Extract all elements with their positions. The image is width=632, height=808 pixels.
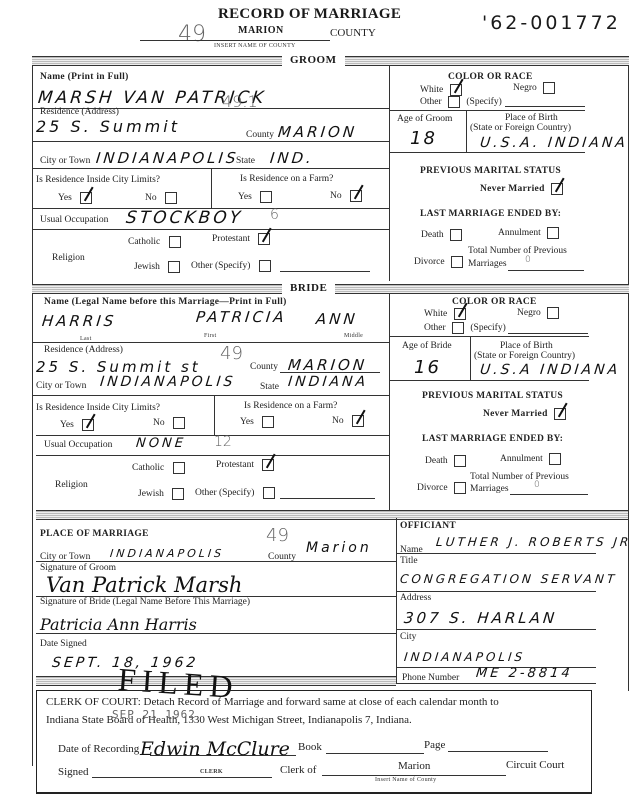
place-county-value[interactable]: Marion <box>306 540 372 556</box>
place-band <box>36 510 628 520</box>
place-divider <box>396 518 397 683</box>
date-signed-label: Date Signed <box>40 639 87 649</box>
officiant-phone-value[interactable]: ME 2-8814 <box>475 666 573 681</box>
clerk-of-label: Clerk of <box>280 764 316 776</box>
bride-farm-no-checkbox[interactable] <box>352 415 364 427</box>
bride-never-married-checkbox[interactable] <box>554 408 566 420</box>
bride-birthplace-label: Place of Birth <box>500 341 553 351</box>
officiant-city-value[interactable]: INDIANAPOLIS <box>403 650 526 664</box>
groom-death[interactable]: Death <box>421 229 462 241</box>
bride-death-checkbox[interactable] <box>454 455 466 467</box>
clerk-signature[interactable]: Edwin McClure <box>140 738 290 760</box>
book-label: Book <box>298 741 322 753</box>
groom-religion-protestant[interactable]: Protestant <box>212 233 270 245</box>
groom-state-value[interactable]: IND. <box>269 149 315 167</box>
groom-farm-no-checkbox[interactable] <box>350 190 362 202</box>
bride-other-checkbox[interactable] <box>263 487 275 499</box>
groom-signature[interactable]: Van Patrick Marsh <box>46 573 242 597</box>
bride-protestant-checkbox[interactable] <box>262 459 274 471</box>
bride-middle-label: Middle <box>344 333 363 339</box>
groom-other-race-checkbox[interactable] <box>448 96 460 108</box>
bride-divorce[interactable]: Divorce <box>417 482 466 494</box>
bride-pencil-code: 49 <box>220 343 243 364</box>
groom-last-marriage-title: LAST MARRIAGE ENDED BY: <box>420 209 561 219</box>
bride-age-label: Age of Bride <box>402 341 452 351</box>
received-stamp-date: SEP 21 1962 <box>112 708 196 721</box>
groom-county-label: County <box>246 130 274 140</box>
groom-section-title: GROOM <box>282 54 345 66</box>
bride-county-label: County <box>250 362 278 372</box>
bride-total-prev-label-1: Total Number of Previous <box>470 472 569 482</box>
bride-birthplace-value[interactable]: U.S.A INDIANA <box>479 362 621 378</box>
clerk-instruction-1: CLERK OF COURT: Detach Record of Marriag… <box>46 696 499 708</box>
groom-farm-yes-checkbox[interactable] <box>260 191 272 203</box>
groom-inside-yes-checkbox[interactable] <box>80 192 92 204</box>
bride-inside-yes[interactable]: Yes <box>60 419 94 431</box>
groom-occupation-label: Usual Occupation <box>40 215 108 225</box>
bride-inside-city-label: Is Residence Inside City Limits? <box>36 403 160 413</box>
bride-farm-yes-checkbox[interactable] <box>262 416 274 428</box>
groom-residence-label: Residence (Address) <box>40 107 119 117</box>
frame-left <box>32 66 33 766</box>
bride-divorce-checkbox[interactable] <box>454 482 466 494</box>
groom-inside-city-label: Is Residence Inside City Limits? <box>36 175 160 185</box>
bride-jewish-checkbox[interactable] <box>172 488 184 500</box>
groom-age-value[interactable]: 18 <box>410 128 437 149</box>
bride-occupation-code: 12 <box>214 434 232 450</box>
groom-band: GROOM <box>32 56 629 66</box>
groom-residence-value[interactable]: 25 S. Summit <box>36 117 180 136</box>
bride-annulment-checkbox[interactable] <box>549 453 561 465</box>
groom-divorce-checkbox[interactable] <box>451 256 463 268</box>
bride-negro-checkbox[interactable] <box>547 307 559 319</box>
groom-religion-jewish[interactable]: Jewish <box>134 261 180 273</box>
officiant-title-value[interactable]: CONGREGATION SERVANT <box>399 572 618 586</box>
bride-county-value[interactable]: MARION <box>287 356 368 374</box>
groom-death-checkbox[interactable] <box>450 229 462 241</box>
groom-age-label: Age of Groom <box>397 114 452 124</box>
clerk-county-value: Marion <box>398 760 430 772</box>
groom-race-white[interactable]: White <box>420 84 462 96</box>
bride-first-label: First <box>204 333 217 339</box>
bride-religion-label: Religion <box>55 480 88 490</box>
groom-birthplace-sublabel: (State or Foreign Country) <box>470 123 571 133</box>
bride-religion-catholic[interactable]: Catholic <box>132 462 185 474</box>
officiant-phone-label: Phone Number <box>402 673 459 683</box>
bride-race-negro[interactable]: Negro <box>517 307 559 319</box>
bride-city-value[interactable]: INDIANAPOLIS <box>99 374 236 390</box>
groom-farm-yes[interactable]: Yes <box>238 191 272 203</box>
bride-state-value[interactable]: INDIANA <box>287 374 369 390</box>
groom-never-married-checkbox[interactable] <box>551 183 563 195</box>
place-pencil-code: 49 <box>266 525 289 546</box>
bride-religion-protestant[interactable]: Protestant <box>216 459 274 471</box>
bride-death[interactable]: Death <box>425 455 466 467</box>
header-county-label: COUNTY <box>330 27 376 39</box>
bride-white-checkbox[interactable] <box>454 308 466 320</box>
bride-farm-label: Is Residence on a Farm? <box>244 401 337 411</box>
groom-birthplace-label: Place of Birth <box>505 113 558 123</box>
bride-birthplace-sublabel: (State or Foreign Country) <box>474 351 575 361</box>
bride-religion-jewish[interactable]: Jewish <box>138 488 184 500</box>
bride-occupation-value[interactable]: NONE <box>135 436 186 451</box>
groom-inside-no[interactable]: No <box>145 192 177 204</box>
bride-inside-yes-checkbox[interactable] <box>82 419 94 431</box>
groom-annulment-checkbox[interactable] <box>547 227 559 239</box>
officiant-city-label: City <box>400 632 416 642</box>
bride-signature[interactable]: Patricia Ann Harris <box>40 615 197 634</box>
groom-occupation-code: 6 <box>270 207 279 223</box>
clerk-instruction-2: Indiana State Board of Health, 1330 West… <box>46 714 412 726</box>
groom-sig-label: Signature of Groom <box>40 563 116 573</box>
date-recording-label: Date of Recording <box>58 743 139 755</box>
groom-total-prev-label-2: Marriages <box>468 259 507 269</box>
groom-farm-label: Is Residence on a Farm? <box>240 174 333 184</box>
header-county-sublabel: INSERT NAME OF COUNTY <box>214 43 296 49</box>
page-label: Page <box>424 739 445 751</box>
bride-other-race-checkbox[interactable] <box>452 322 464 334</box>
bride-last-marriage-title: LAST MARRIAGE ENDED BY: <box>422 434 563 444</box>
bride-race-other[interactable]: Other (Specify) <box>424 322 506 334</box>
bride-residence-label: Residence (Address) <box>44 345 123 355</box>
groom-catholic-checkbox[interactable] <box>169 236 181 248</box>
officiant-address-value[interactable]: 307 S. HARLAN <box>403 609 558 627</box>
county-line <box>140 40 330 41</box>
groom-race-negro[interactable]: Negro <box>513 82 555 94</box>
bride-sig-label: Signature of Bride (Legal Name Before Th… <box>40 597 250 607</box>
bride-prev-status-title: PREVIOUS MARITAL STATUS <box>422 391 563 401</box>
bride-religion-other[interactable]: Other (Specify) <box>195 487 275 499</box>
bride-city-label: City or Town <box>36 381 86 391</box>
groom-county-value[interactable]: MARION <box>277 123 358 141</box>
officiant-title: OFFICIANT <box>400 521 456 531</box>
frame-right <box>628 66 629 691</box>
clerk-sublabel: CLERK <box>200 769 223 775</box>
bride-farm-yes[interactable]: Yes <box>240 416 274 428</box>
bride-middle-value[interactable]: ANN <box>315 310 359 328</box>
bride-total-prev-label-2: Marriages <box>470 484 509 494</box>
record-number: '62-001772 <box>482 12 621 34</box>
groom-religion-label: Religion <box>52 253 85 263</box>
groom-divorce[interactable]: Divorce <box>414 256 463 268</box>
groom-race-other[interactable]: Other (Specify) <box>420 96 502 108</box>
bride-annulment[interactable]: Annulment <box>500 453 561 465</box>
bride-race-white[interactable]: White <box>424 308 466 320</box>
groom-religion-other[interactable]: Other (Specify) <box>191 260 271 272</box>
groom-protestant-checkbox[interactable] <box>258 233 270 245</box>
header-county-value: MARION <box>238 25 284 36</box>
bride-catholic-checkbox[interactable] <box>173 462 185 474</box>
page-title: RECORD OF MARRIAGE <box>218 6 401 23</box>
officiant-name-value[interactable]: LUTHER J. ROBERTS JR <box>435 535 632 549</box>
circuit-court-label: Circuit Court <box>506 759 564 771</box>
groom-religion-catholic[interactable]: Catholic <box>128 236 181 248</box>
groom-total-prev-value[interactable]: 0 <box>525 255 531 265</box>
signed-label: Signed <box>58 766 89 778</box>
groom-negro-checkbox[interactable] <box>543 82 555 94</box>
bride-occupation-label: Usual Occupation <box>44 440 112 450</box>
bride-section-title: BRIDE <box>282 282 335 294</box>
groom-city-value[interactable]: INDIANAPOLIS <box>95 149 239 167</box>
groom-never-married[interactable]: Never Married <box>480 183 563 195</box>
groom-birthplace-value[interactable]: U.S.A. INDIANA <box>479 135 629 151</box>
groom-prev-status-title: PREVIOUS MARITAL STATUS <box>420 166 561 176</box>
groom-total-prev-label-1: Total Number of Previous <box>468 246 567 256</box>
bride-band: BRIDE <box>32 284 629 294</box>
bride-never-married[interactable]: Never Married <box>483 408 566 420</box>
officiant-address-label: Address <box>400 593 431 603</box>
groom-state-label: State <box>236 156 255 166</box>
bride-divider <box>389 294 390 512</box>
bride-farm-no[interactable]: No <box>332 415 364 427</box>
groom-occupation-value[interactable]: STOCKBOY <box>125 208 244 228</box>
bride-state-label: State <box>260 382 279 392</box>
groom-name-label: Name (Print in Full) <box>40 72 129 82</box>
bride-inside-no[interactable]: No <box>153 417 185 429</box>
groom-farm-no[interactable]: No <box>330 190 362 202</box>
groom-city-label: City or Town <box>40 156 90 166</box>
groom-jewish-checkbox[interactable] <box>168 261 180 273</box>
bride-last-value[interactable]: HARRIS <box>41 312 117 330</box>
groom-inside-yes[interactable]: Yes <box>58 192 92 204</box>
place-title: PLACE OF MARRIAGE <box>40 529 149 539</box>
bride-name-label: Name (Legal Name before this Marriage—Pr… <box>44 297 287 307</box>
groom-divider <box>389 66 390 281</box>
clerk-county-sublabel: Insert Name of County <box>375 777 436 783</box>
bride-first-value[interactable]: PATRICIA <box>195 308 288 326</box>
place-city-value[interactable]: INDIANAPOLIS <box>109 547 224 560</box>
header-pencil-code: 49 <box>178 22 206 47</box>
bride-age-value[interactable]: 16 <box>414 357 441 378</box>
bride-inside-no-checkbox[interactable] <box>173 417 185 429</box>
groom-inside-no-checkbox[interactable] <box>165 192 177 204</box>
bride-total-prev-value[interactable]: 0 <box>534 480 540 490</box>
officiant-title-label: Title <box>400 556 418 566</box>
groom-white-checkbox[interactable] <box>450 84 462 96</box>
document-header: RECORD OF MARRIAGE 49 MARION COUNTY INSE… <box>0 0 632 55</box>
groom-other-checkbox[interactable] <box>259 260 271 272</box>
groom-annulment[interactable]: Annulment <box>498 227 559 239</box>
